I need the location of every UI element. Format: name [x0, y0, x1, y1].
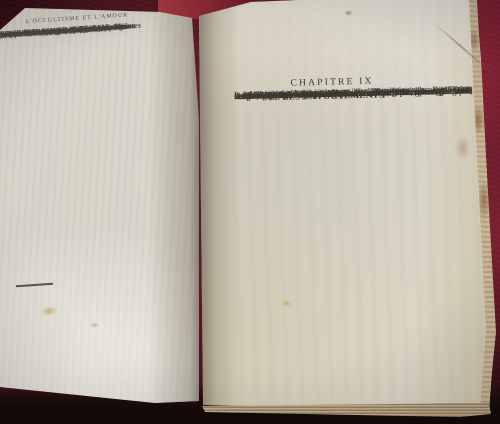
- right-page-text: CHAPITRE IX LES ENVOÛTEMENTS I. L'envoût…: [234, 74, 479, 370]
- paper-stain: [455, 135, 471, 161]
- paper-stain: [281, 300, 292, 307]
- open-book-photo: L'OCCULTISME ET L'AMOUR puisque des lége…: [0, 0, 500, 424]
- left-page-text: L'OCCULTISME ET L'AMOUR puisque des lége…: [0, 9, 190, 260]
- paper-stain: [344, 10, 353, 16]
- paper-stain: [90, 322, 99, 328]
